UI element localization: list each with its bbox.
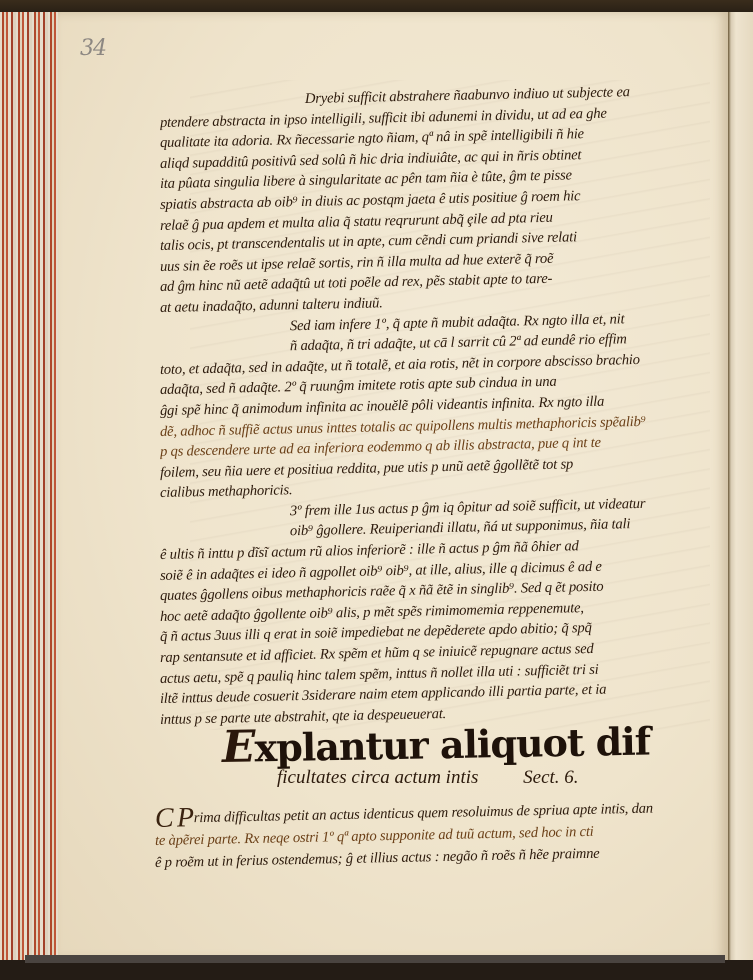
section-text-block: C Prima difficultas petit an actus ident… (155, 808, 720, 874)
facing-page-edge (728, 12, 753, 960)
heading-title-line: Explantur aliquot dif (222, 713, 723, 773)
section-label: Sect. 6. (523, 767, 578, 788)
page-bottom-shadow (25, 955, 725, 963)
folio-number: 34 (80, 36, 106, 61)
page-stack-edges (0, 12, 60, 960)
manuscript-scan: 34 Dryebi sufficit abstrahere ñaabunvo i… (0, 0, 753, 980)
decorated-initial: E (222, 721, 255, 773)
body-text-block: Dryebi sufficit abstrahere ñaabunvo indi… (160, 92, 720, 730)
section-heading: Explantur aliquot dif ficultates circa a… (222, 722, 722, 789)
book-cover-top-edge (0, 0, 753, 12)
heading-title: xplantur aliquot dif (254, 719, 650, 771)
